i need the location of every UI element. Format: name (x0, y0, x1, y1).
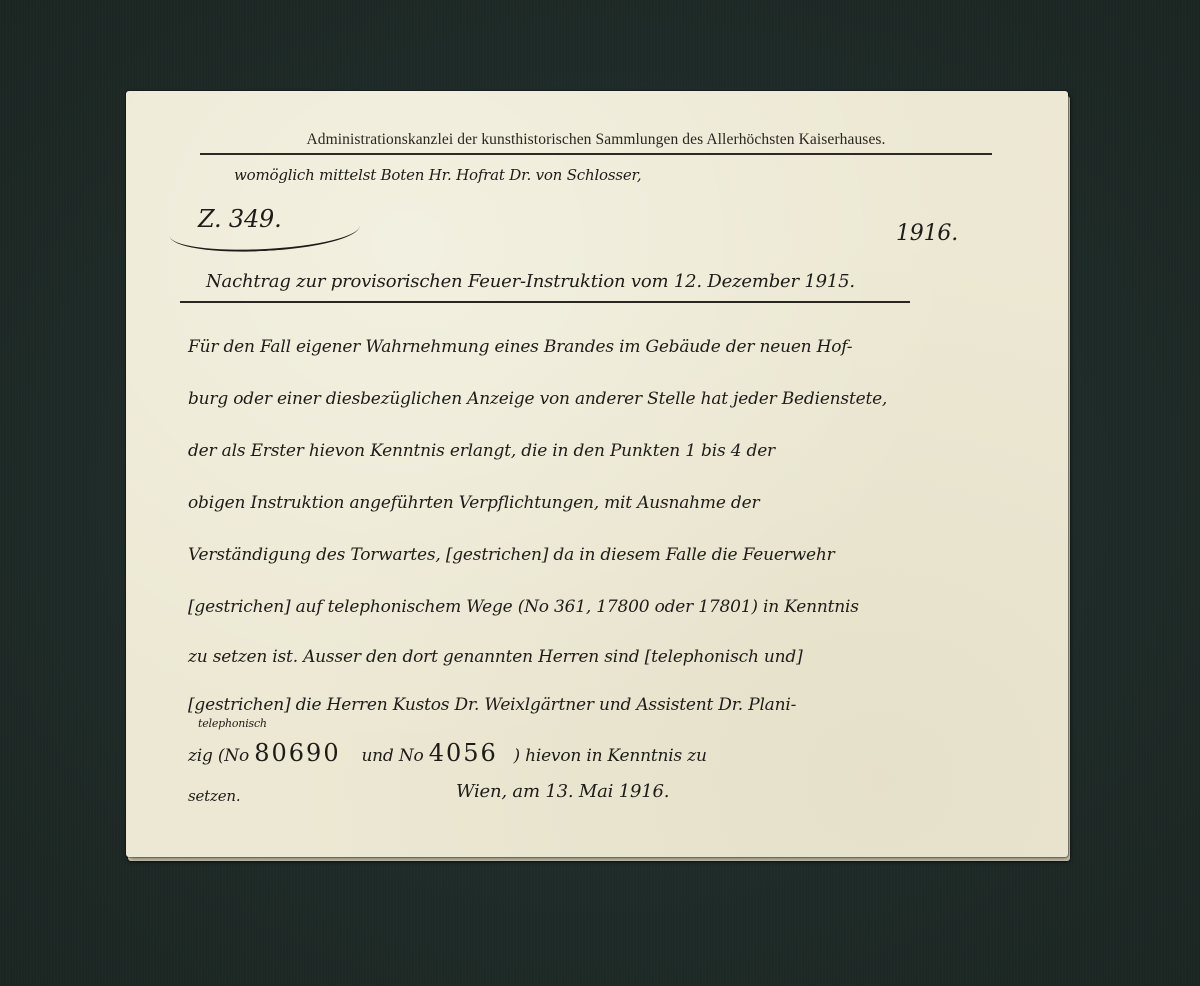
superscript-insert: telephonisch (198, 717, 267, 730)
document-page: Administrationskanzlei der kunsthistoris… (126, 91, 1068, 857)
line9-prefix: zig (No (188, 746, 249, 766)
body-line-7: zu setzen ist. Ausser den dort genannten… (188, 647, 803, 667)
body-line-10: setzen. (188, 787, 240, 805)
phone-number-2: 4056 (429, 739, 498, 767)
closing-date: Wien, am 13. Mai 1916. (456, 781, 669, 802)
subject-line: Nachtrag zur provisorischen Feuer-Instru… (206, 271, 855, 292)
body-line-6: [gestrichen] auf telephonischem Wege (No… (188, 597, 859, 617)
phone-number-1: 80690 (254, 739, 340, 767)
delivery-annotation: womöglich mittelst Boten Hr. Hofrat Dr. … (234, 166, 641, 184)
subject-rule (180, 301, 910, 303)
body-line-1: Für den Fall eigener Wahrnehmung eines B… (188, 337, 852, 357)
line9-middle: und No (361, 746, 423, 766)
body-line-8: [gestrichen] die Herren Kustos Dr. Weixl… (188, 695, 796, 715)
body-line-3: der als Erster hievon Kenntnis erlangt, … (188, 441, 775, 461)
body-line-5: Verständigung des Torwartes, [gestrichen… (188, 545, 835, 565)
line9-suffix: ) hievon in Kenntnis zu (513, 746, 706, 766)
body-line-2: burg oder einer diesbezüglichen Anzeige … (188, 389, 887, 409)
letterhead: Administrationskanzlei der kunsthistoris… (230, 131, 962, 149)
document-year: 1916. (896, 221, 958, 246)
body-line-9: zig (No 80690 und No 4056 ) hievon in Ke… (188, 739, 707, 767)
body-line-4: obigen Instruktion angeführten Verpflich… (188, 493, 759, 513)
letterhead-rule (200, 153, 992, 155)
